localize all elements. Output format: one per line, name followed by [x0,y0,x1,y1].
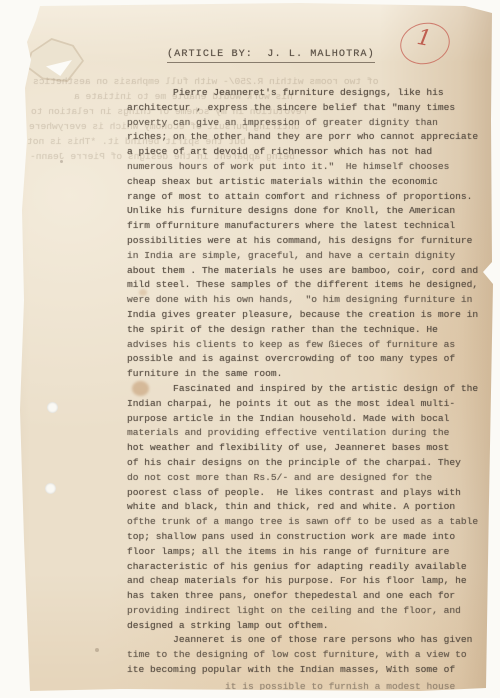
body-text: Pierre Jeanneret's furniture designgs, l… [127,86,478,678]
text-line: ite becoming popular with the Indian mas… [127,663,478,678]
hole-punch [47,402,58,413]
text-line: Jeanneret is one of those rare persons w… [127,633,478,648]
text-line: advises his clients to keep as few ßiece… [127,338,478,353]
stain [132,381,149,396]
text-line: designed a strking lamp out ofthem. [127,619,478,634]
text-line: were done with his own hands, "o him des… [127,293,478,308]
text-line: do not cost more than Rs.5/- and are des… [127,471,478,486]
scanned-document: of two rooms within R.250/- with full em… [0,0,500,698]
text-line: the spirit of the design rather than the… [127,323,478,338]
text-line: of his chair designs on the principle of… [127,456,478,471]
text-line: range of most to attain comfort and rich… [127,190,478,205]
document-page: of two rooms within R.250/- with full em… [0,0,500,698]
article-header: (ARTICLE BY: J. L. MALHOTRA) [167,49,375,63]
text-line: ofthe trunk of a mango tree is sawn off … [127,515,478,530]
text-line: cheap sheax but artistic materials withi… [127,175,478,190]
text-line: and cheap materials for his purpose. For… [127,574,478,589]
text-line: architectur , express the sincere belief… [127,101,478,116]
text-line: possible and is against overcrowding of … [127,352,478,367]
stain [60,160,63,163]
text-line: poorest class of people. He likes contra… [127,486,478,501]
text-line: India gives greater pleasure, because th… [127,308,478,323]
text-line: poverty can give an impression of greate… [127,116,478,131]
text-line: has taken three pans, onefor thepedestal… [127,589,478,604]
text-line: Fascinated and inspired by the artistic … [127,382,478,397]
text-line: time to the designing of low cost furnit… [127,648,478,663]
text-line: purpose article in the Indian household.… [127,412,478,427]
text-line: a piece of art devoid of richnessor whic… [127,145,478,160]
text-line: furniture in the same room. [127,367,478,382]
text-line: hot weather and flexibility of use, Jean… [127,441,478,456]
text-line: Indian charpai, he points it out as the … [127,397,478,412]
text-line: in India are simple, graceful, and have … [127,249,478,264]
tape-repair-surface [28,40,82,80]
text-line: numerous hours of work put into it." He … [127,160,478,175]
text-line: Pierre Jeanneret's furniture designgs, l… [127,86,478,101]
text-line: top; shallow pans used in construction w… [127,530,478,545]
text-line: white and black, thin and thick, red and… [127,500,478,515]
text-line: about them . The materials he uses are b… [127,264,478,279]
text-line: floor lamps; all the items in his range … [127,545,478,560]
text-line: materials and providing effective ventil… [127,426,478,441]
text-line: possibilities were at his command, his d… [127,234,478,249]
text-line: characteristic of his genius for adaptin… [127,560,478,575]
hole-punch [45,483,56,494]
text-line: riches; on the other hand they are porr … [127,130,478,145]
text-line: providing indirect light on the ceiling … [127,604,478,619]
text-line: firm offurniture manufacturers where the… [127,219,478,234]
stain [95,648,99,652]
text-line: Unlike his furniture designs done for Kn… [127,204,478,219]
partial-text-line: it is possible to furnish a modest house [225,681,455,692]
stain [139,289,147,296]
text-line: mild steel. These samples of the differe… [127,278,478,293]
